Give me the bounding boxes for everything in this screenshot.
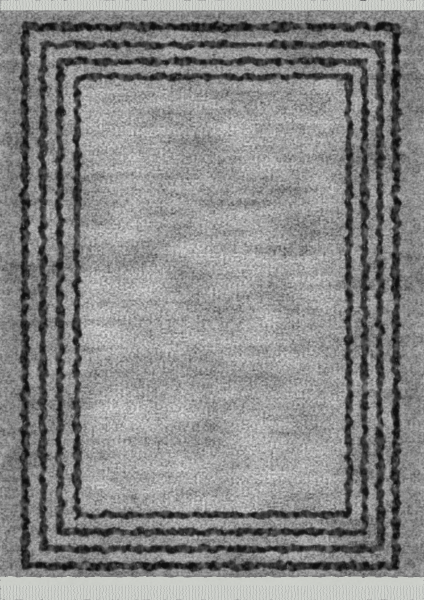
rug-wear-overlay (0, 0, 424, 600)
fringe-seam-bottom (0, 576, 424, 578)
selvage-band-bottom (0, 577, 424, 586)
fringe-strands-top (0, 0, 424, 11)
rug-fringe-top (0, 0, 424, 12)
fringe-strands-bottom (0, 586, 424, 600)
fringe-seam-top (0, 10, 424, 11)
rug-photo-canvas (0, 0, 424, 600)
rug-product-photo (0, 0, 424, 600)
rug-fringe-bottom (0, 576, 424, 600)
